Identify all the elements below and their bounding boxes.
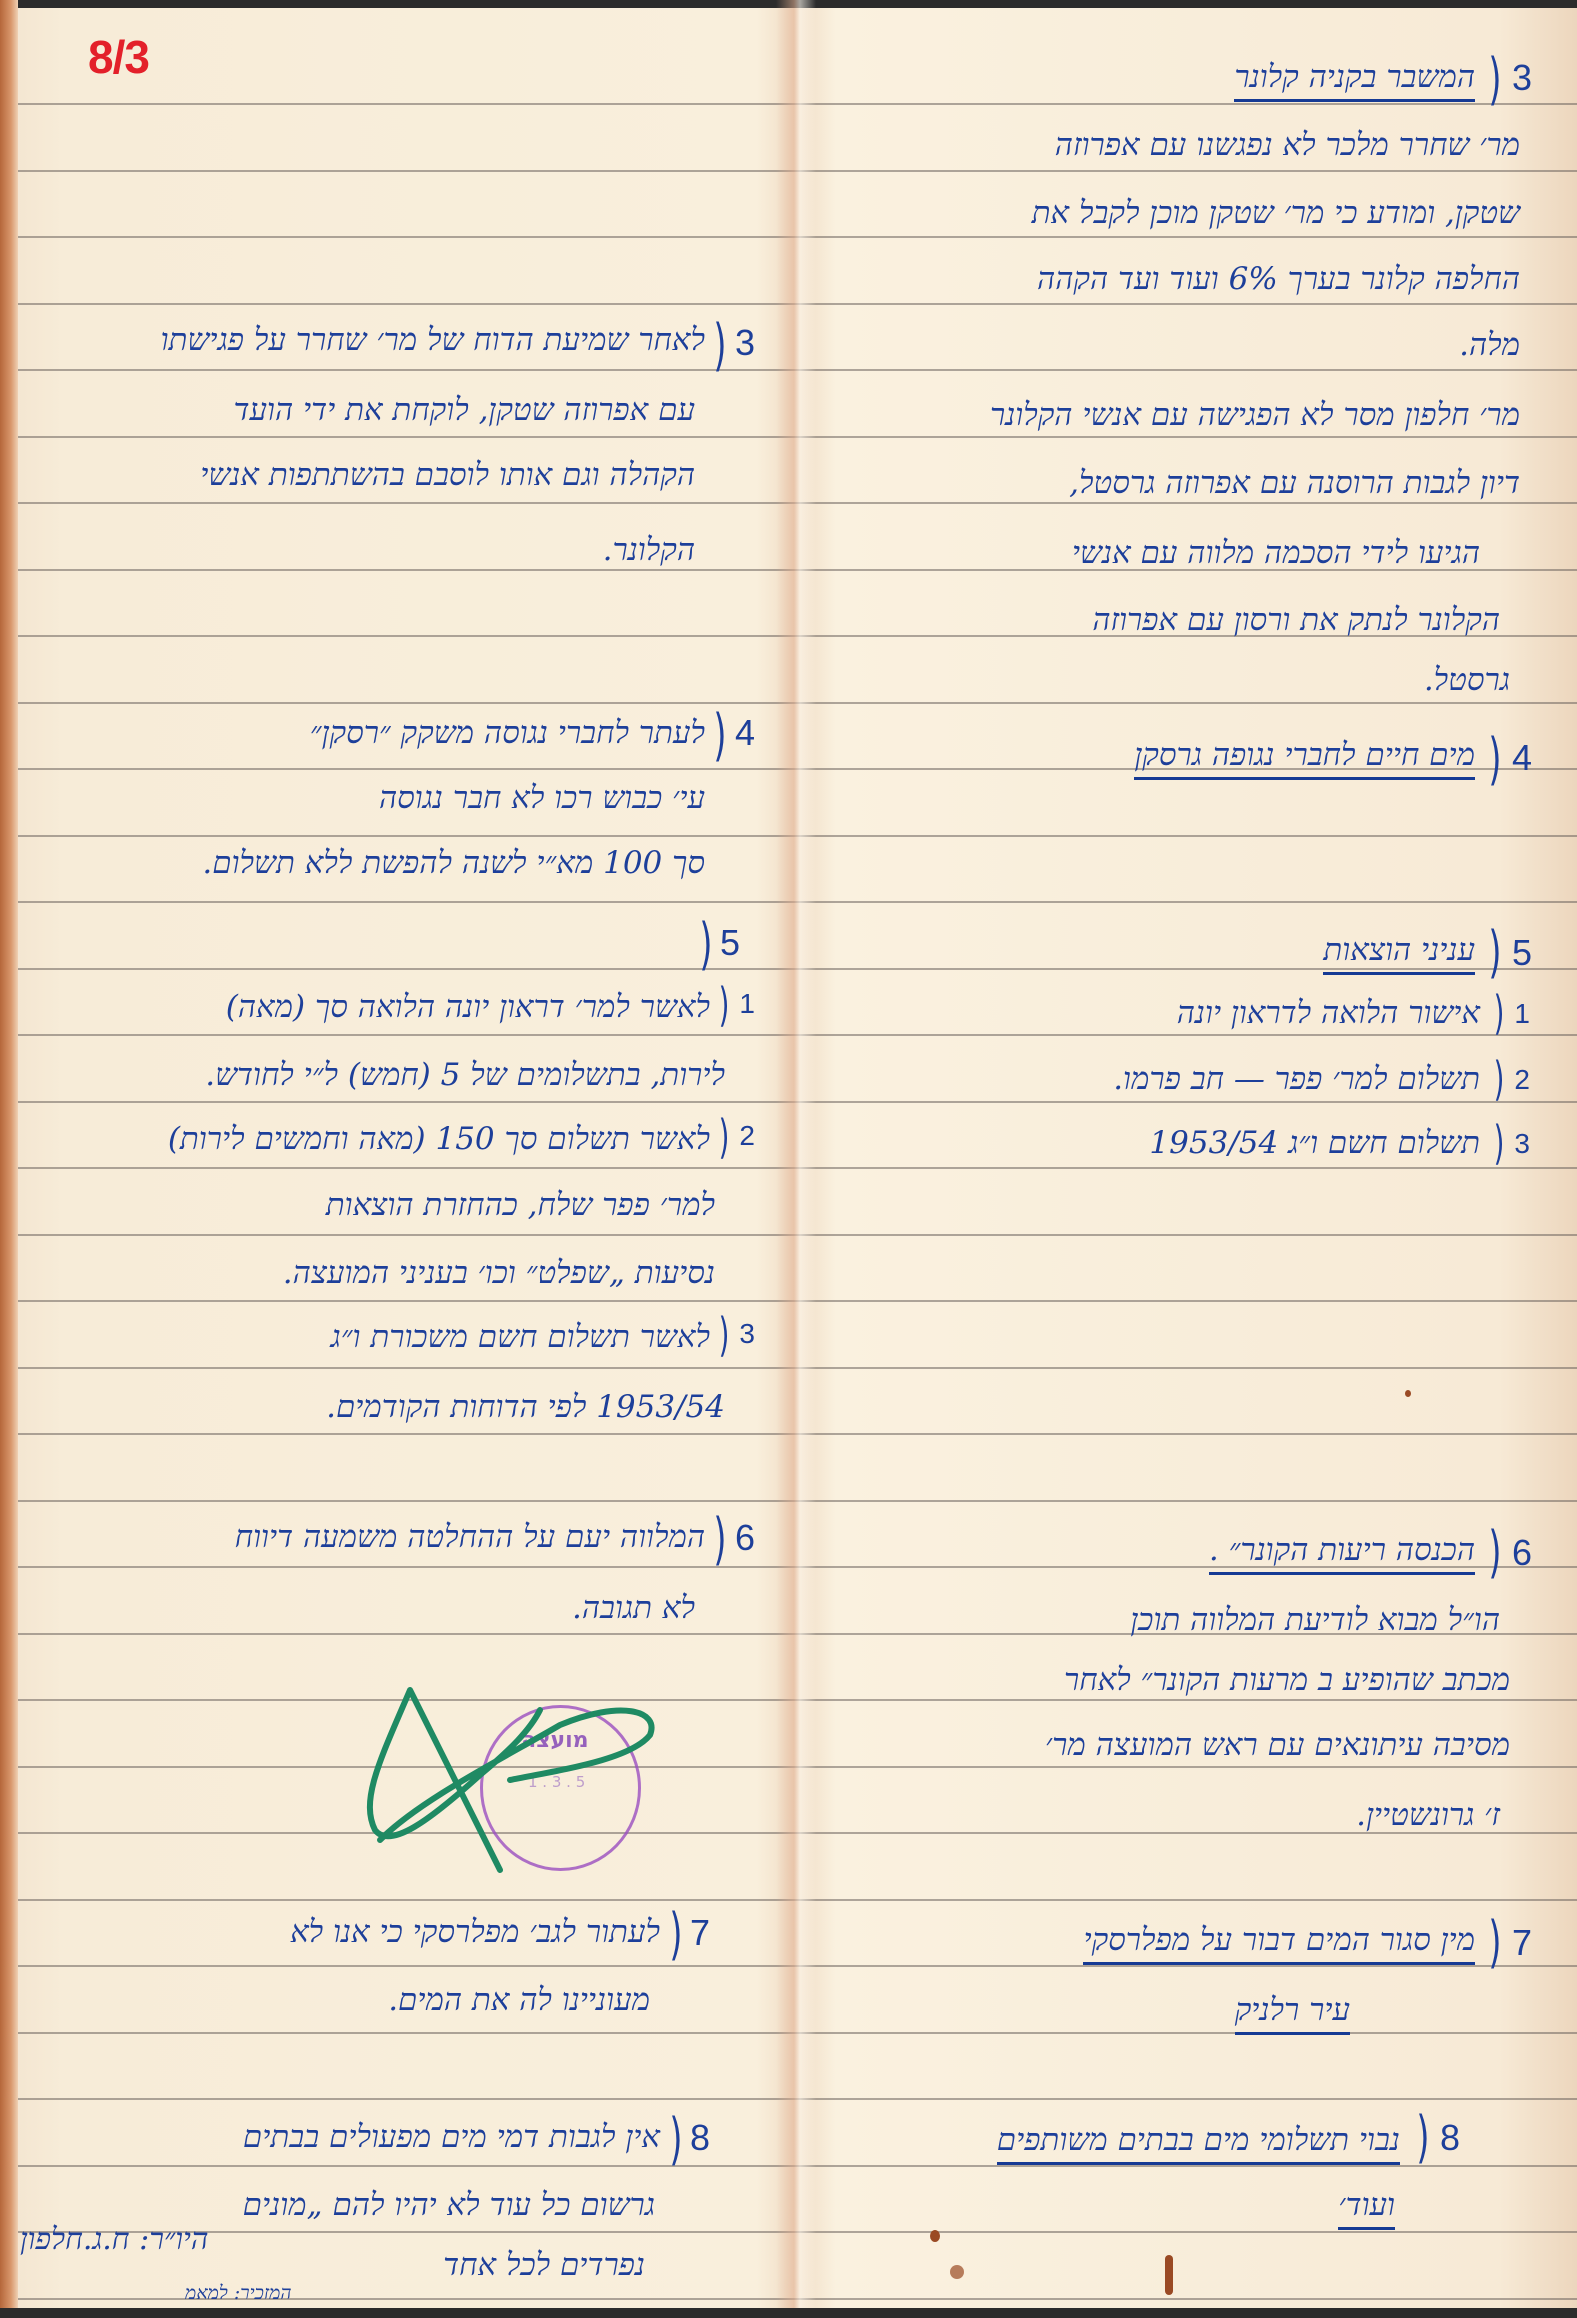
text-line: הגיעו לידי הסכמה מלווה עם אנשי — [1072, 538, 1480, 569]
page-gutter — [776, 0, 816, 2318]
text-line: לירות, בתשלומים של 5 (חמש) ל״י לחודש. — [205, 1060, 725, 1091]
text-line: הקלונר. — [603, 535, 695, 566]
item-number: 7 — [1512, 1925, 1532, 1961]
subitem-text: תשלום חשם ו״ג 1953/54 — [1149, 1128, 1480, 1159]
text-line: ז׳ גרונשטיין. — [1356, 1800, 1500, 1831]
paren-glyph: ( — [670, 2112, 683, 2168]
text-line: עי׳ כבוש רכו לא חבר נגוסה — [379, 783, 705, 814]
notebook-edge — [0, 0, 18, 2318]
text-line: הו״ל מבוא לודיעת המלווה תוכן — [1130, 1605, 1500, 1636]
paren-glyph: ( — [1489, 925, 1502, 981]
item-number: 4 — [1512, 740, 1532, 776]
paren-glyph: ( — [1489, 1915, 1502, 1971]
paren-glyph: ( — [719, 982, 730, 1028]
text-line: דיון לגבות הרוסנה עם אפרוזה גרסטל, — [1069, 468, 1520, 499]
subitem-number: 3 — [1514, 1130, 1530, 1158]
text-line: סך 100 מא״י לשנה להפשת ללא תשלום. — [202, 848, 705, 879]
text-line: מלה. — [1459, 330, 1520, 361]
subitem-number: 2 — [739, 1122, 755, 1150]
text-line: למר׳ פפר שלח, כהחזרת הוצאות — [326, 1190, 715, 1221]
ink-stain — [1405, 1390, 1411, 1397]
item-number: 8 — [690, 2120, 710, 2156]
item-heading: עניני הוצאות — [1323, 932, 1475, 975]
item-number: 3 — [735, 325, 755, 361]
subitem-number: 2 — [1514, 1066, 1530, 1094]
paren-glyph: ( — [714, 1512, 727, 1568]
item-heading: מין סגור המים דבור על מפלרסקי — [1083, 1922, 1475, 1965]
secretary-signature-line: המזכיר: למאמ — [185, 2282, 292, 2305]
text-line: לאחר שמיעת הדוח של מר׳ שחרר על פגישתו — [161, 325, 705, 356]
ink-stain — [930, 2230, 940, 2242]
text-line: לא תגובה. — [572, 1593, 695, 1624]
text-line: לעתר לחברי נגוסה משקק ״רסקן״ — [310, 718, 705, 749]
text-line: 1953/54 לפי הדוחות הקודמים. — [326, 1392, 725, 1423]
item-number: 3 — [1512, 60, 1532, 96]
subitem-number: 1 — [1514, 1000, 1530, 1028]
text-line: מעוניינו לה את המים. — [388, 1985, 650, 2016]
item-number: 6 — [735, 1520, 755, 1556]
item-number: 4 — [735, 715, 755, 751]
item-number: 8 — [1440, 2120, 1460, 2156]
paren-glyph: ( — [1417, 2110, 1430, 2166]
subitem-number: 1 — [739, 990, 755, 1018]
text-line: נפרדים לכל אחד — [443, 2250, 645, 2281]
text-line: שטקן, ומודע כי מר׳ שטקן מוכן לקבל את — [1032, 198, 1520, 229]
text-line: החלפה קלונר בערך 6% ועוד ועד הקהה — [1037, 264, 1520, 295]
item-subheading: עיר רלניק — [1235, 1992, 1350, 2035]
scan-bottom-border — [0, 2308, 1577, 2318]
item-number: 5 — [1512, 935, 1532, 971]
text-line: לאשר למר׳ דראון יונה הלואה סך (מאה) — [226, 992, 710, 1023]
item-number: 5 — [720, 925, 740, 961]
paren-glyph: ( — [1489, 1525, 1502, 1581]
item-number: 7 — [690, 1915, 710, 1951]
item-heading: המשבר בקניה קלונר — [1234, 59, 1475, 102]
text-line: לאשר תשלום חשם משכורת ו״ג — [331, 1322, 710, 1353]
page-label: 8/3 — [88, 30, 149, 84]
item-number: 6 — [1512, 1535, 1532, 1571]
subitem-text: תשלום למר׳ פפר — חב פרמו. — [1113, 1064, 1480, 1095]
paren-glyph: ( — [1494, 1056, 1505, 1102]
text-line: נסיעות „שפלט״ וכו׳ בעניני המועצה. — [283, 1258, 715, 1289]
paren-glyph: ( — [700, 917, 713, 973]
signature-icon — [360, 1680, 680, 1880]
text-line: מר׳ שחרר מלכר לא נפגשנו עם אפרוזה — [1055, 130, 1520, 161]
text-line: לעתור לגב׳ מפלרסקי כי אנו לא — [290, 1917, 660, 1948]
paren-glyph: ( — [719, 1114, 730, 1160]
paren-glyph: ( — [714, 708, 727, 764]
text-line: הקלונר לנתק את ורסון עם אפרוזה — [1092, 605, 1500, 636]
text-line: מסיבה עיתונאים עם ראש המועצה מר׳ — [1045, 1730, 1510, 1761]
item-heading: הכנסה ריעות הקונר״ . — [1209, 1532, 1475, 1575]
text-line: גרסטל. — [1424, 665, 1510, 696]
text-line: לאשר תשלום סך 150 (מאה וחמשים לירות) — [168, 1124, 710, 1155]
paren-glyph: ( — [719, 1312, 730, 1358]
text-line: גרשום כל עוד לא יהיו להם „מונים — [243, 2190, 655, 2221]
text-line: המלווה יעם על ההחלטה משמעה דיווח — [235, 1522, 705, 1553]
subitem-text: אישור הלואה לדראון יונה — [1177, 998, 1480, 1029]
paren-glyph: ( — [1494, 990, 1505, 1036]
text-line: עם אפרוזה שטקן, לוקחת את ידי הועד — [233, 395, 695, 426]
notebook-scan: 8/3 3 ( המשבר בקניה קלונר מר׳ שחרר מלכר … — [0, 0, 1577, 2318]
chairman-signature-line: היו״ר: ח.ג.חלפון — [20, 2222, 208, 2257]
ink-stain — [1165, 2255, 1173, 2295]
paren-glyph: ( — [714, 318, 727, 374]
item-subheading: ועוד׳ — [1338, 2187, 1395, 2230]
text-line: מכתב שהופיע ב מרעות הקונר״ לאחר — [1064, 1665, 1510, 1696]
paren-glyph: ( — [670, 1907, 683, 1963]
paren-glyph: ( — [1489, 52, 1502, 108]
paren-glyph: ( — [1494, 1120, 1505, 1166]
paren-glyph: ( — [1489, 732, 1502, 788]
text-line: אין לגבות דמי מים מפעולים בבתים — [243, 2122, 660, 2153]
item-heading: נבוי תשלומי מים בבתים משותפים — [997, 2122, 1400, 2165]
text-line: מר׳ חלפון מסר לא הפגישה עם אנשי הקלונר — [990, 400, 1520, 431]
text-line: הקהלה וגם אותו לוסבם בהשתתפות אנשי — [200, 460, 695, 491]
item-heading: מים חיים לחברי נגופה גרסקן — [1134, 737, 1475, 780]
subitem-number: 3 — [739, 1320, 755, 1348]
ink-stain — [950, 2265, 964, 2279]
